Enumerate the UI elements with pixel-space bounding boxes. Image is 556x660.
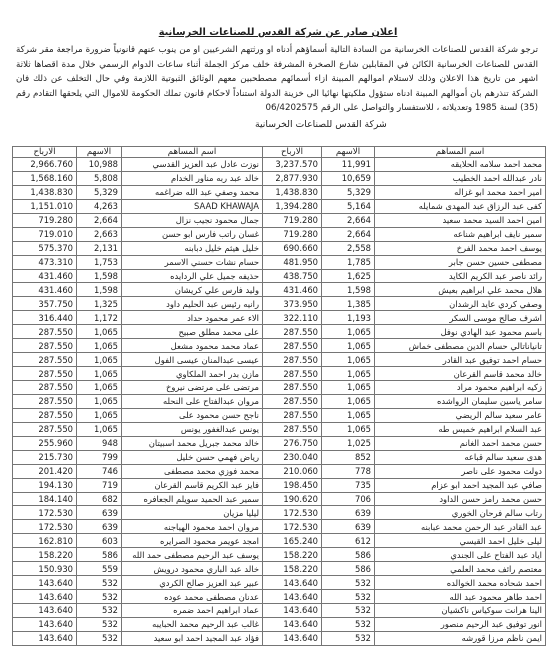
left-group-name-cell: امجد عويمر محمود الصرايره (122, 534, 263, 548)
right-group-name-cell: عبد السلام ابراهيم خميس طه (375, 422, 546, 436)
left-group-profit-cell: 473.310 (13, 255, 77, 269)
table-row: دولت محمود على ناصر778210.060محمد فوزي م… (13, 464, 546, 478)
right-group-name-cell: عامر سعيد سالم الريضي (375, 408, 546, 422)
right-group-profit-cell: 143.640 (263, 590, 322, 604)
right-group-shares-cell: 532 (322, 604, 375, 618)
left-group-profit-cell: 1,568.160 (13, 171, 77, 185)
left-group-shares-cell: 1,065 (77, 367, 122, 381)
left-group-profit-cell: 287.550 (13, 367, 77, 381)
right-group-profit-cell: 3,237.570 (263, 158, 322, 172)
right-group-profit-cell: 287.550 (263, 394, 322, 408)
right-group-profit-cell: 276.750 (263, 436, 322, 450)
right-group-shares-cell: 586 (322, 548, 375, 562)
right-group-shares-cell: 1,385 (322, 297, 375, 311)
left-group-shares-cell: 4,263 (77, 199, 122, 213)
right-group-shares-cell: 2,664 (322, 213, 375, 227)
right-group-profit-cell: 287.550 (263, 381, 322, 395)
right-group-name-cell: عبد القادر عبد الرحمن محمد عبابنه (375, 520, 546, 534)
left-group-shares-cell: 948 (77, 436, 122, 450)
right-group-shares-cell: 1,065 (322, 353, 375, 367)
left-group-shares-cell: 1,753 (77, 255, 122, 269)
right-group-name-cell: امين احمد السيد محمد سعيد (375, 213, 546, 227)
right-group-profit-cell: 481.950 (263, 255, 322, 269)
left-group-shares-cell: 532 (77, 604, 122, 618)
left-group-profit-cell: 287.550 (13, 381, 77, 395)
left-group-name-cell: خالد عبد الباري محمود درويش (122, 562, 263, 576)
left-group-shares-cell: 586 (77, 548, 122, 562)
right-group-shares-cell: 1,065 (322, 408, 375, 422)
right-group-name-cell: تانياناتالي حسام الدين مصطفى خماش (375, 339, 546, 353)
right-group-shares-cell: 639 (322, 506, 375, 520)
table-row: اياد عبد الفتاح على الجندي586158.220يوسف… (13, 548, 546, 562)
left-group-profit-cell: 431.460 (13, 269, 77, 283)
right-group-shares-cell: 1,193 (322, 311, 375, 325)
right-group-name-cell: احمد طاهر محمود عبد الله (375, 590, 546, 604)
left-group-profit-cell: 2,966.760 (13, 158, 77, 172)
table-row: رتاب سالم فرحان الخوري639172.530ليليا مز… (13, 506, 546, 520)
right-group-name-cell: ايمن ناظم مرزا قورشه (375, 631, 546, 645)
left-group-shares-cell: 10,988 (77, 158, 122, 172)
right-group-profit-cell: 158.220 (263, 562, 322, 576)
table-row: حسن محمد رامز حسن الداود706190.620سمير ع… (13, 492, 546, 506)
column-header-shares-left: الاسهم (77, 147, 122, 158)
table-row: كفى عبد الرزاق عبد المهدى شمايله5,1641,3… (13, 199, 546, 213)
left-group-name-cell: حذيفه جميل علي الردايده (122, 269, 263, 283)
right-group-shares-cell: 612 (322, 534, 375, 548)
right-group-name-cell: انور توفيق عبد الرحيم منصور (375, 617, 546, 631)
right-group-name-cell: سمير نايف ابراهيم شناعه (375, 227, 546, 241)
right-group-name-cell: حسن محمد احمد الغانم (375, 436, 546, 450)
right-group-profit-cell: 431.460 (263, 283, 322, 297)
left-group-profit-cell: 194.130 (13, 478, 77, 492)
right-group-profit-cell: 1,394.280 (263, 199, 322, 213)
left-group-name-cell: مروان عبدالفتاح على النحله (122, 394, 263, 408)
left-group-profit-cell: 184.140 (13, 492, 77, 506)
right-group-profit-cell: 287.550 (263, 408, 322, 422)
left-group-name-cell: خالد محمد جبريل محمد اسبيتان (122, 436, 263, 450)
right-group-name-cell: مصطفى حسين حسن جابر (375, 255, 546, 269)
table-header-row: اسم المساهم الاسهم الارباح اسم المساهم ا… (13, 147, 546, 158)
left-group-profit-cell: 719.010 (13, 227, 77, 241)
right-group-shares-cell: 1,625 (322, 269, 375, 283)
right-group-shares-cell: 532 (322, 576, 375, 590)
table-row: حسن محمد احمد الغانم1,025276.750خالد محم… (13, 436, 546, 450)
left-group-name-cell: فايز عبد الكريم قاسم القرعان (122, 478, 263, 492)
right-group-name-cell: محمد احمد سلامه الحلايقه (375, 158, 546, 172)
table-row: الينا هرانت سوكياس ناكشيان532143.640عماد… (13, 604, 546, 618)
left-group-name-cell: وليد فارس علي كريشان (122, 283, 263, 297)
right-group-name-cell: حسام احمد توفيق عبد القادر (375, 353, 546, 367)
right-group-shares-cell: 532 (322, 617, 375, 631)
right-group-shares-cell: 532 (322, 590, 375, 604)
left-group-profit-cell: 287.550 (13, 339, 77, 353)
left-group-shares-cell: 719 (77, 478, 122, 492)
right-group-profit-cell: 143.640 (263, 576, 322, 590)
right-group-shares-cell: 778 (322, 464, 375, 478)
left-group-profit-cell: 1,151.010 (13, 199, 77, 213)
table-row: عبد السلام ابراهيم خميس طه1,065287.550يو… (13, 422, 546, 436)
right-group-shares-cell: 5,164 (322, 199, 375, 213)
right-group-name-cell: كفى عبد الرزاق عبد المهدى شمايله (375, 199, 546, 213)
left-group-name-cell: يونس عبدالغفور يونس (122, 422, 263, 436)
left-group-name-cell: خالد عبد ربه مناور الخدام (122, 171, 263, 185)
right-group-profit-cell: 287.550 (263, 325, 322, 339)
left-group-name-cell: يوسف عبد الرحيم مصطفى حمد الله (122, 548, 263, 562)
right-group-profit-cell: 190.620 (263, 492, 322, 506)
right-group-profit-cell: 172.530 (263, 506, 322, 520)
left-group-shares-cell: 1,065 (77, 325, 122, 339)
table-row: هلال محمد علي ابراهيم بعيش1,598431.460ول… (13, 283, 546, 297)
right-group-shares-cell: 11,991 (322, 158, 375, 172)
left-group-profit-cell: 162.810 (13, 534, 77, 548)
right-group-profit-cell: 143.640 (263, 631, 322, 645)
right-group-shares-cell: 1,065 (322, 394, 375, 408)
left-group-name-cell: رانيه رئيس عبد الحليم داود (122, 297, 263, 311)
left-group-name-cell: حسام نشات حسني الاسمر (122, 255, 263, 269)
right-group-name-cell: رتاب سالم فرحان الخوري (375, 506, 546, 520)
right-group-name-cell: سامر ياسين سليمان الرواشده (375, 394, 546, 408)
right-group-profit-cell: 287.550 (263, 367, 322, 381)
right-group-shares-cell: 852 (322, 450, 375, 464)
column-header-name-left: اسم المساهم (122, 147, 263, 158)
left-group-shares-cell: 5,329 (77, 185, 122, 199)
right-group-shares-cell: 586 (322, 562, 375, 576)
left-group-shares-cell: 603 (77, 534, 122, 548)
right-group-shares-cell: 706 (322, 492, 375, 506)
right-group-profit-cell: 172.530 (263, 520, 322, 534)
right-group-profit-cell: 143.640 (263, 604, 322, 618)
right-group-name-cell: زكيه ابراهيم محمود مراد (375, 381, 546, 395)
table-row: تانياناتالي حسام الدين مصطفى خماش1,06528… (13, 339, 546, 353)
table-row: زكيه ابراهيم محمود مراد1,065287.550مرتضى… (13, 381, 546, 395)
left-group-profit-cell: 143.640 (13, 631, 77, 645)
left-group-shares-cell: 1,065 (77, 422, 122, 436)
shareholders-table: اسم المساهم الاسهم الارباح اسم المساهم ا… (12, 146, 546, 646)
left-group-name-cell: عماد محمد محمود مشعل (122, 339, 263, 353)
table-row: باسم محمود عبد الهادي نوفل1,065287.550عل… (13, 325, 546, 339)
left-group-shares-cell: 2,663 (77, 227, 122, 241)
right-group-name-cell: ليلى خليل احمد القيسي (375, 534, 546, 548)
left-group-name-cell: على محمد مطلق صبيح (122, 325, 263, 339)
left-group-profit-cell: 575.370 (13, 241, 77, 255)
right-group-name-cell: معتصم رائف محمد العلمي (375, 562, 546, 576)
right-group-profit-cell: 158.220 (263, 548, 322, 562)
right-group-name-cell: دولت محمود على ناصر (375, 464, 546, 478)
left-group-profit-cell: 172.530 (13, 520, 77, 534)
right-group-name-cell: اياد عبد الفتاح على الجندي (375, 548, 546, 562)
right-group-name-cell: حسن محمد رامز حسن الداود (375, 492, 546, 506)
left-group-shares-cell: 559 (77, 562, 122, 576)
right-group-profit-cell: 373.950 (263, 297, 322, 311)
table-row: سمير نايف ابراهيم شناعه2,664719.280غسان … (13, 227, 546, 241)
left-group-shares-cell: 1,065 (77, 353, 122, 367)
left-group-name-cell: مرتضى على مرتضى نيروخ (122, 381, 263, 395)
table-row: نادر عبدالله احمد الخطيب10,6592,877.930خ… (13, 171, 546, 185)
company-signature: شركة القدس للصناعات الخرسانية (0, 119, 556, 130)
left-group-name-cell: خليل هيثم خليل دبابنه (122, 241, 263, 255)
left-group-profit-cell: 316.440 (13, 311, 77, 325)
right-group-profit-cell: 287.550 (263, 422, 322, 436)
left-group-profit-cell: 431.460 (13, 283, 77, 297)
right-group-shares-cell: 1,065 (322, 339, 375, 353)
left-group-shares-cell: 2,664 (77, 213, 122, 227)
left-group-profit-cell: 158.220 (13, 548, 77, 562)
left-group-profit-cell: 287.550 (13, 394, 77, 408)
left-group-profit-cell: 287.550 (13, 422, 77, 436)
table-row: مصطفى حسين حسن جابر1,785481.950حسام نشات… (13, 255, 546, 269)
right-group-name-cell: باسم محمود عبد الهادي نوفل (375, 325, 546, 339)
right-group-profit-cell: 438.750 (263, 269, 322, 283)
right-group-profit-cell: 2,877.930 (263, 171, 322, 185)
right-group-profit-cell: 230.040 (263, 450, 322, 464)
right-group-name-cell: رائد ناصر عبد الكريم الكايد (375, 269, 546, 283)
table-row: سامر ياسين سليمان الرواشده1,065287.550مر… (13, 394, 546, 408)
right-group-shares-cell: 1,598 (322, 283, 375, 297)
right-group-shares-cell: 1,065 (322, 422, 375, 436)
right-group-name-cell: يوسف احمد محمد الفرخ (375, 241, 546, 255)
right-group-profit-cell: 143.640 (263, 617, 322, 631)
left-group-profit-cell: 172.530 (13, 506, 77, 520)
left-group-name-cell: مروان احمد محمود الهياجنه (122, 520, 263, 534)
right-group-name-cell: اشرف صالح موسى السكر (375, 311, 546, 325)
table-row: وصفي كردي عايد الرشدان1,385373.950رانيه … (13, 297, 546, 311)
left-group-shares-cell: 2,131 (77, 241, 122, 255)
left-group-shares-cell: 5,808 (77, 171, 122, 185)
left-group-shares-cell: 1,325 (77, 297, 122, 311)
right-group-profit-cell: 719.280 (263, 227, 322, 241)
left-group-shares-cell: 1,172 (77, 311, 122, 325)
right-group-shares-cell: 5,329 (322, 185, 375, 199)
table-row: امين احمد السيد محمد سعيد2,664719.280جما… (13, 213, 546, 227)
left-group-name-cell: سمير عبد الحميد سويلم الجعافره (122, 492, 263, 506)
left-group-profit-cell: 143.640 (13, 590, 77, 604)
table-row: خالد محمد قاسم القرعان1,065287.550مازن ب… (13, 367, 546, 381)
right-group-shares-cell: 639 (322, 520, 375, 534)
left-group-name-cell: غالب عبد الرحيم محمد الحبايبه (122, 617, 263, 631)
table-row: عبد القادر عبد الرحمن محمد عبابنه639172.… (13, 520, 546, 534)
left-group-shares-cell: 1,065 (77, 408, 122, 422)
announcement-page: اعلان صادر عن شركة القدس للصناعات الخرسا… (0, 27, 556, 130)
table-row: ايمن ناظم مرزا قورشه532143.640فؤاد عبد ا… (13, 631, 546, 645)
right-group-name-cell: نادر عبدالله احمد الخطيب (375, 171, 546, 185)
left-group-profit-cell: 215.730 (13, 450, 77, 464)
table-row: صافي عبد المجيد احمد ابو عزام735198.450ف… (13, 478, 546, 492)
left-group-name-cell: محمد فوزي محمد مصطفى (122, 464, 263, 478)
left-group-name-cell: غسان راتب فارس ابو حسن (122, 227, 263, 241)
right-group-profit-cell: 322.110 (263, 311, 322, 325)
right-group-shares-cell: 1,065 (322, 381, 375, 395)
left-group-name-cell: فؤاد عبد المجيد احمد ابو سعيد (122, 631, 263, 645)
left-group-profit-cell: 150.930 (13, 562, 77, 576)
announcement-title: اعلان صادر عن شركة القدس للصناعات الخرسا… (0, 27, 556, 38)
right-group-name-cell: هدى سعيد سالم قباعه (375, 450, 546, 464)
right-group-profit-cell: 165.240 (263, 534, 322, 548)
left-group-shares-cell: 1,065 (77, 394, 122, 408)
column-header-name-right: اسم المساهم (375, 147, 546, 158)
column-header-profit-right: الارباح (263, 147, 322, 158)
left-group-shares-cell: 532 (77, 617, 122, 631)
right-group-name-cell: هلال محمد علي ابراهيم بعيش (375, 283, 546, 297)
right-group-name-cell: وصفي كردي عايد الرشدان (375, 297, 546, 311)
left-group-profit-cell: 287.550 (13, 353, 77, 367)
right-group-profit-cell: 287.550 (263, 353, 322, 367)
left-group-shares-cell: 799 (77, 450, 122, 464)
right-group-name-cell: احمد شحاده محمد الخوالده (375, 576, 546, 590)
column-header-shares-right: الاسهم (322, 147, 375, 158)
column-header-profit-left: الارباح (13, 147, 77, 158)
announcement-body-text: ترجو شركة القدس للصناعات الخرسانية من ال… (16, 43, 538, 116)
left-group-shares-cell: 682 (77, 492, 122, 506)
right-group-profit-cell: 198.450 (263, 478, 322, 492)
left-group-profit-cell: 1,438.830 (13, 185, 77, 199)
right-group-profit-cell: 719.280 (263, 213, 322, 227)
table-row: اشرف صالح موسى السكر1,193322.110الاء عمر… (13, 311, 546, 325)
left-group-name-cell: SAAD KHAWAJA (122, 199, 263, 213)
right-group-profit-cell: 690.660 (263, 241, 322, 255)
left-group-name-cell: رياض فهمي حسن خليل (122, 450, 263, 464)
left-group-shares-cell: 1,598 (77, 283, 122, 297)
left-group-shares-cell: 1,065 (77, 381, 122, 395)
right-group-profit-cell: 210.060 (263, 464, 322, 478)
left-group-name-cell: الاء عمر محمود حداد (122, 311, 263, 325)
left-group-name-cell: عدنان مصطفى محمد عوده (122, 590, 263, 604)
right-group-shares-cell: 10,659 (322, 171, 375, 185)
left-group-name-cell: مازن بدر احمد الملكاوي (122, 367, 263, 381)
right-group-name-cell: امير احمد محمد ابو غزاله (375, 185, 546, 199)
right-group-profit-cell: 287.550 (263, 339, 322, 353)
left-group-shares-cell: 639 (77, 506, 122, 520)
table-row: حسام احمد توفيق عبد القادر1,065287.550عي… (13, 353, 546, 367)
left-group-name-cell: جمال محمود نجيب نزال (122, 213, 263, 227)
table-row: معتصم رائف محمد العلمي586158.220خالد عبد… (13, 562, 546, 576)
left-group-name-cell: عماد ابراهيم احمد ضمره (122, 604, 263, 618)
left-group-profit-cell: 255.960 (13, 436, 77, 450)
left-group-profit-cell: 719.280 (13, 213, 77, 227)
right-group-shares-cell: 532 (322, 631, 375, 645)
left-group-profit-cell: 287.550 (13, 408, 77, 422)
right-group-name-cell: الينا هرانت سوكياس ناكشيان (375, 604, 546, 618)
right-group-shares-cell: 1,065 (322, 367, 375, 381)
left-group-shares-cell: 1,598 (77, 269, 122, 283)
right-group-shares-cell: 2,558 (322, 241, 375, 255)
left-group-shares-cell: 1,065 (77, 339, 122, 353)
shareholders-table-body: محمد احمد سلامه الحلايقه11,9913,237.570ن… (13, 158, 546, 646)
left-group-profit-cell: 143.640 (13, 617, 77, 631)
left-group-shares-cell: 639 (77, 520, 122, 534)
left-group-shares-cell: 746 (77, 464, 122, 478)
left-group-name-cell: عيسى عبدالمنان عيسى الفول (122, 353, 263, 367)
right-group-shares-cell: 2,664 (322, 227, 375, 241)
table-row: امير احمد محمد ابو غزاله5,3291,438.830مح… (13, 185, 546, 199)
table-row: رائد ناصر عبد الكريم الكايد1,625438.750ح… (13, 269, 546, 283)
table-row: عامر سعيد سالم الريضي1,065287.550ناجح حس… (13, 408, 546, 422)
left-group-profit-cell: 201.420 (13, 464, 77, 478)
table-row: محمد احمد سلامه الحلايقه11,9913,237.570ن… (13, 158, 546, 172)
left-group-profit-cell: 357.750 (13, 297, 77, 311)
table-row: انور توفيق عبد الرحيم منصور532143.640غال… (13, 617, 546, 631)
right-group-profit-cell: 1,438.830 (263, 185, 322, 199)
table-row: احمد طاهر محمود عبد الله532143.640عدنان … (13, 590, 546, 604)
left-group-shares-cell: 532 (77, 576, 122, 590)
left-group-shares-cell: 532 (77, 590, 122, 604)
table-row: احمد شحاده محمد الخوالده532143.640عبير ع… (13, 576, 546, 590)
right-group-name-cell: خالد محمد قاسم القرعان (375, 367, 546, 381)
right-group-shares-cell: 1,065 (322, 325, 375, 339)
left-group-name-cell: محمد وصفي عبد الله ضراغمه (122, 185, 263, 199)
left-group-profit-cell: 143.640 (13, 576, 77, 590)
left-group-profit-cell: 143.640 (13, 604, 77, 618)
table-row: يوسف احمد محمد الفرخ2,558690.660خليل هيث… (13, 241, 546, 255)
table-row: ليلى خليل احمد القيسي612165.240امجد عويم… (13, 534, 546, 548)
left-group-shares-cell: 532 (77, 631, 122, 645)
left-group-name-cell: نوزت عادل عبد العزيز القدسي (122, 158, 263, 172)
right-group-shares-cell: 1,785 (322, 255, 375, 269)
right-group-name-cell: صافي عبد المجيد احمد ابو عزام (375, 478, 546, 492)
right-group-shares-cell: 1,025 (322, 436, 375, 450)
left-group-name-cell: ليليا مزيان (122, 506, 263, 520)
table-row: هدى سعيد سالم قباعه852230.040رياض فهمي ح… (13, 450, 546, 464)
left-group-name-cell: ناجح حسن محمود على (122, 408, 263, 422)
left-group-name-cell: عبير عبد العزيز صالح الكردي (122, 576, 263, 590)
right-group-shares-cell: 735 (322, 478, 375, 492)
left-group-profit-cell: 287.550 (13, 325, 77, 339)
